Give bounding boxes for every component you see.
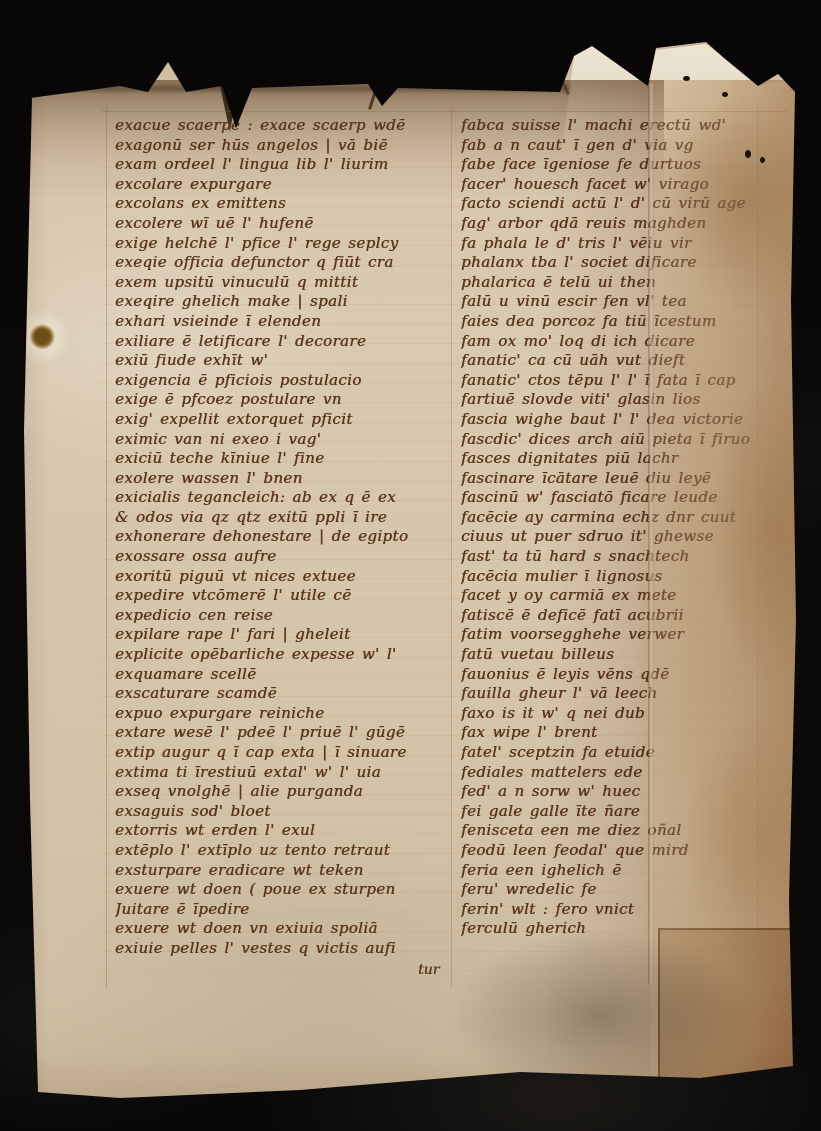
manuscript-text-line: exige helchē l' pfice l' rege seplcy bbox=[115, 234, 457, 254]
manuscript-text-line: excolans ex emittens bbox=[115, 194, 457, 214]
manuscript-text-line: expuo expurgare reiniche bbox=[115, 704, 457, 724]
manuscript-text-line: exhonerare dehonestare | de egipto bbox=[115, 527, 457, 547]
manuscript-text-line: exhari vsieinde ī elenden bbox=[115, 312, 457, 332]
manuscript-text-line: expedicio cen reise bbox=[115, 606, 457, 626]
manuscript-text-line: expedire vtcōmerē l' utile cē bbox=[115, 586, 457, 606]
manuscript-text-line: exquamare scellē bbox=[115, 665, 457, 685]
manuscript-text-line: extima ti īrestiuū extal' w' l' uia bbox=[115, 763, 457, 783]
manuscript-text-line: exige ē pfcoez postulare vn bbox=[115, 390, 457, 410]
manuscript-text-line: excolere wī uē l' hufenē bbox=[115, 214, 457, 234]
manuscript-text-line: exuere wt doen vn exiuia spoliā bbox=[115, 919, 457, 939]
manuscript-text-line: extare wesē l' pdeē l' priuē l' gūgē bbox=[115, 723, 457, 743]
manuscript-text-line: exam ordeel l' lingua lib l' liurim bbox=[115, 155, 457, 175]
manuscript-text-line: & odos via qz qtz exitū ppli ī ire bbox=[115, 508, 457, 528]
manuscript-text-line: exigencia ē pficiois postulacio bbox=[115, 371, 457, 391]
manuscript-text-line: eximic van ni exeo i vag' bbox=[115, 430, 457, 450]
manuscript-page: exacue scaerpe : exace scaerp wdēexagonū… bbox=[0, 0, 821, 1131]
manuscript-text-line: exuere wt doen ( poue ex sturpen bbox=[115, 880, 457, 900]
manuscript-text-line: exagonū ser hūs angelos | vā biē bbox=[115, 136, 457, 156]
ruling-vertical-left-margin bbox=[106, 106, 107, 988]
manuscript-text-line: exseq vnolghē | alie purganda bbox=[115, 782, 457, 802]
pinhole bbox=[760, 157, 765, 163]
manuscript-text-line: exeqire ghelich make | spali bbox=[115, 292, 457, 312]
folded-corner-bottom-right bbox=[658, 928, 796, 1080]
manuscript-text-line: Juitare ē īpedire bbox=[115, 900, 457, 920]
text-column-left: exacue scaerpe : exace scaerp wdēexagonū… bbox=[115, 116, 457, 959]
manuscript-text-line: expilare rape l' fari | gheleit bbox=[115, 625, 457, 645]
manuscript-text-line: exscaturare scamdē bbox=[115, 684, 457, 704]
manuscript-text-line: exiliare ē letificare l' decorare bbox=[115, 332, 457, 352]
manuscript-text-line: exiū fiude exhīt w' bbox=[115, 351, 457, 371]
pinhole bbox=[745, 150, 751, 158]
wormhole bbox=[18, 308, 82, 368]
top-edge-shadow-line bbox=[30, 86, 570, 91]
manuscript-text-line: exem upsitū vinuculū q mittit bbox=[115, 273, 457, 293]
manuscript-text-line: exeqie officia defunctor q fiūt cra bbox=[115, 253, 457, 273]
manuscript-text-line: exiuie pelles l' vestes q victis aufi bbox=[115, 939, 457, 959]
manuscript-text-line: exolere wassen l' bnen bbox=[115, 469, 457, 489]
catchword: tur bbox=[418, 962, 439, 978]
manuscript-text-line: exsturpare eradicare wt teken bbox=[115, 861, 457, 881]
manuscript-text-line: explicite opēbarliche expesse w' l' bbox=[115, 645, 457, 665]
manuscript-text-line: exossare ossa aufre bbox=[115, 547, 457, 567]
manuscript-text-line: exiciū teche kīniue l' fine bbox=[115, 449, 457, 469]
pinhole bbox=[683, 76, 690, 81]
photo-stage: exacue scaerpe : exace scaerp wdēexagonū… bbox=[0, 0, 821, 1131]
manuscript-text-line: exsaguis sod' bloet bbox=[115, 802, 457, 822]
manuscript-text-line: extip augur q ī cap exta | ī sinuare bbox=[115, 743, 457, 763]
manuscript-text-line: exig' expellit extorquet pficit bbox=[115, 410, 457, 430]
manuscript-text-line: excolare expurgare bbox=[115, 175, 457, 195]
pinhole bbox=[722, 92, 728, 97]
manuscript-text-line: exacue scaerpe : exace scaerp wdē bbox=[115, 116, 457, 136]
manuscript-text-line: exicialis tegancleich: ab ex q ē ex bbox=[115, 488, 457, 508]
manuscript-text-line: extorris wt erden l' exul bbox=[115, 821, 457, 841]
manuscript-text-line: exoritū piguū vt nices extuee bbox=[115, 567, 457, 587]
manuscript-text-line: extēplo l' extīplo uz tento retraut bbox=[115, 841, 457, 861]
